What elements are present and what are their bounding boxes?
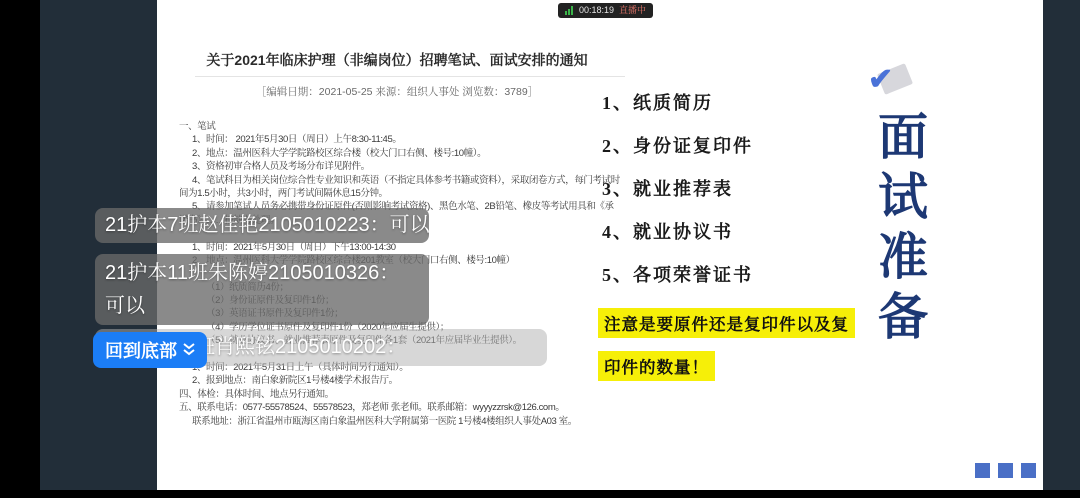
checklist-item: 3、就业推荐表	[602, 179, 902, 199]
blue-square	[998, 463, 1013, 478]
notice-line: 3、资格初审合格人员及考场分布详见附件。	[179, 160, 619, 173]
highlighted-note-line: 注意是要原件还是复印件以及复	[598, 308, 855, 338]
notice-line: 4、笔试科目为相关岗位综合性专业知识和英语（不指定具体参考书籍或资料），采取闭卷…	[179, 174, 619, 187]
notice-line: 2、报到地点：南白象新院区1号楼4楼学术报告厅。	[179, 374, 619, 387]
check-icon: ✔	[870, 60, 916, 108]
highlighted-note-line: 印件的数量！	[598, 351, 715, 381]
live-label: 直播中	[619, 3, 646, 18]
checklist-item: 4、就业协议书	[602, 222, 902, 242]
notice-line: 五、联系电话：0577-55578524、55578523，郑老师 张老师。联系…	[179, 401, 619, 414]
notice-meta: ［编辑日期：2021-05-25 来源：组织人事处 浏览数：3789］	[177, 84, 617, 99]
checklist-item: 1、纸质简历	[602, 93, 902, 113]
shared-slide: 关于2021年临床护理（非编岗位）招聘笔试、面试安排的通知 ［编辑日期：2021…	[157, 0, 1043, 490]
checklist-item: 5、各项荣誉证书	[602, 265, 902, 285]
notice-line: 1、时间： 2021年5月30日（周日）上午8:30-11:45。	[179, 133, 619, 146]
notice-line: 2、地点：温州医科大学学院路校区综合楼（校大门口右侧、楼号:10幢）。	[179, 147, 619, 160]
chat-message-text: 班肖熙铉2105010202：	[195, 336, 406, 358]
notice-line: 间为1.5小时，共3小时，两门考试间隔休息15分钟。	[179, 187, 619, 200]
notice-line: 四、体检：具体时间、地点另行通知。	[179, 388, 619, 401]
checklist-item: 2、身份证复印件	[602, 136, 902, 156]
back-to-bottom-button[interactable]: 回到底部	[93, 332, 207, 368]
back-to-bottom-label: 回到底部	[105, 337, 177, 363]
decorative-squares	[975, 463, 1036, 478]
vertical-headline: 面试准备	[863, 110, 935, 410]
phone-screen: 关于2021年临床护理（非编岗位）招聘笔试、面试安排的通知 ［编辑日期：2021…	[0, 0, 1080, 498]
live-video-player[interactable]: 关于2021年临床护理（非编岗位）招聘笔试、面试安排的通知 ［编辑日期：2021…	[40, 0, 1080, 490]
notice-line: 一、笔试	[179, 120, 619, 133]
live-timer: 00:18:19	[579, 3, 614, 18]
notice-line: 联系地址：浙江省温州市瓯海区南白象温州医科大学附属第一医院 1号楼4楼组织人事处…	[179, 415, 619, 428]
interview-checklist: 1、纸质简历 2、身份证复印件 3、就业推荐表 4、就业协议书 5、各项荣誉证书	[602, 93, 902, 308]
signal-icon	[565, 6, 574, 15]
title-divider	[195, 76, 625, 77]
chat-message: 21护本11班朱陈婷2105010326： 可以	[95, 254, 429, 325]
live-status-pill: 00:18:19 直播中	[558, 3, 653, 18]
double-chevron-down-icon	[183, 343, 195, 357]
blue-square	[1021, 463, 1036, 478]
notice-title: 关于2021年临床护理（非编岗位）招聘笔试、面试安排的通知	[177, 50, 617, 70]
check-mark-glyph: ✔	[868, 62, 893, 97]
highlighted-note: 注意是要原件还是复印件以及复 印件的数量！	[598, 308, 855, 394]
blue-square	[975, 463, 990, 478]
chat-message: 21护本7班赵佳艳2105010223：可以	[95, 208, 429, 243]
